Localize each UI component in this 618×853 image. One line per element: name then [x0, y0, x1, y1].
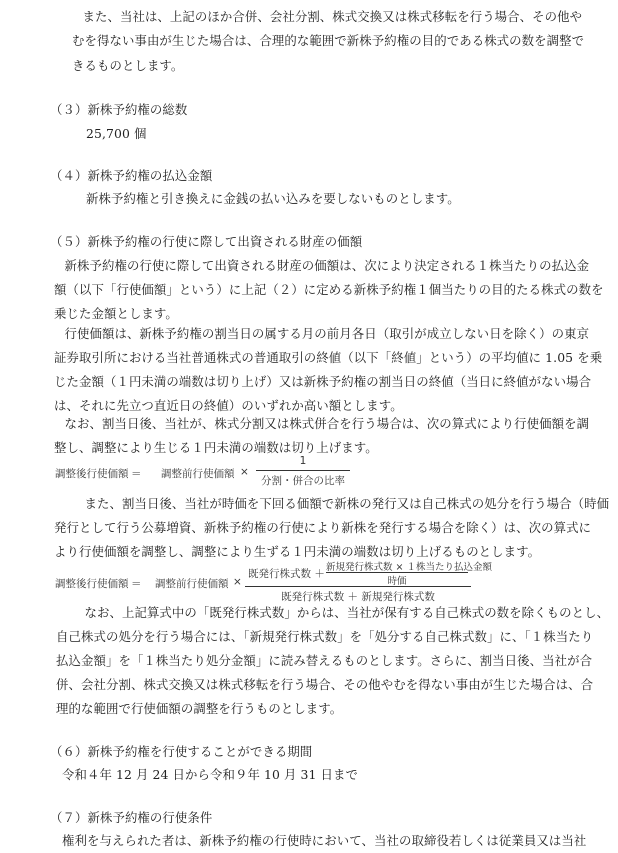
formula1-fraction-bar: [256, 470, 350, 471]
formula2-prev: 調整前行使価額: [155, 576, 229, 591]
section-6-heading: （６）新株予約権を行使することができる期間: [50, 744, 312, 760]
section-6-body: 令和４年 12 月 24 日から令和９年 10 月 31 日まで: [62, 767, 358, 783]
section-5-para2-line-2: 証券取引所における当社普通株式の普通取引の終値（以下「終値」という）の平均値に …: [54, 350, 602, 366]
section-5-para3-line-1: なお、割当日後、当社が、株式分割又は株式併合を行う場合は、次の算式により行使価額…: [52, 416, 589, 432]
section-5-para4-line-1: また、割当日後、当社が時価を下回る価額で新株の発行又は自己株式の処分を行う場合（…: [72, 496, 609, 512]
section-5-para5-line-5: 理的な範囲で行使価額の調整を行うものとします。: [56, 701, 342, 717]
section-3-heading: （３）新株予約権の総数: [50, 102, 187, 118]
section-5-para5-line-1: なお、上記算式中の「既発行株式数」からは、当社が保有する自己株式の数を除くものと…: [72, 605, 609, 621]
section-5-para2-line-4: は、それに先立つ直近日の終値）のいずれか高い額とします。: [54, 398, 403, 414]
intro-line-2: むを得ない事由が生じた場合は、合理的な範囲で新株予約権の目的である株式の数を調整…: [72, 33, 584, 49]
formula2-fraction-bar: [245, 586, 471, 587]
section-7-body: 権利を与えられた者は、新株予約権の行使時において、当社の取締役若しくは従業員又は…: [62, 833, 586, 849]
section-5-para5-line-4: 併、会社分割、株式交換又は株式移転を行う場合、その他やむを得ない事由が生じた場合…: [56, 677, 593, 693]
section-5-para1-line-3: 乗じた金額とします。: [54, 306, 178, 322]
formula1-denominator: 分割・併合の比率: [256, 473, 350, 488]
formula2-inner-denominator: 時価: [326, 573, 468, 587]
section-5-para5-line-3: 払込金額」を「１株当たり処分金額」に読み替えるものとします。さらに、割当日後、当…: [56, 653, 592, 669]
formula2-numerator-left: 既発行株式数 ＋: [248, 566, 325, 581]
section-5-para5-line-2: 自己株式の処分を行う場合には、「新規発行株式数」を「処分する自己株式数」に、「１…: [56, 629, 593, 645]
section-3-value: 25,700 個: [86, 126, 146, 142]
formula2-denominator: 既発行株式数 ＋ 新規発行株式数: [245, 589, 471, 604]
formula2-eq: ＝: [131, 576, 142, 591]
section-5-heading: （５）新株予約権の行使に際して出資される財産の価額: [50, 234, 362, 250]
section-5-para2-line-3: じた金額（１円未満の端数は切り上げ）又は新株予約権の割当日の終値（当日に終値がな…: [54, 374, 591, 390]
section-4-body: 新株予約権と引き換えに金銭の払い込みを要しないものとします。: [86, 191, 460, 207]
formula1-times: ×: [240, 466, 249, 478]
formula1-eq: ＝: [131, 466, 142, 481]
intro-line-3: きるものとします。: [72, 58, 183, 74]
formula2-times: ×: [233, 576, 242, 588]
section-5-para2-line-1: 行使価額は、新株予約権の割当日の属する月の前月各日（取引が成立しない日を除く）の…: [52, 326, 589, 342]
section-4-heading: （４）新株予約権の払込金額: [50, 168, 212, 184]
section-5-para4-line-3: より行使価額を調整し、調整により生ずる１円未満の端数は切り上げるものとします。: [54, 544, 540, 560]
section-5-para3-line-2: 整し、調整により生じる１円未満の端数は切り上げます。: [54, 440, 378, 456]
section-7-heading: （７）新株予約権の行使条件: [50, 810, 212, 826]
section-5-para1-line-2: 額（以下「行使価額」という）に上記（２）に定める新株予約権１個当たりの目的たる株…: [54, 282, 604, 298]
intro-line-1: また、当社は、上記のほか合併、会社分割、株式交換又は株式移転を行う場合、その他や: [70, 9, 582, 25]
formula2-lhs: 調整後行使価額: [55, 576, 129, 591]
formula2-inner-numerator: 新規発行株式数 × １株当たり払込金額: [326, 559, 468, 573]
formula1-prev: 調整前行使価額: [161, 466, 235, 481]
formula1-numerator: 1: [256, 455, 350, 467]
section-5-para4-line-2: 発行として行う公募増資、新株予約権の行使により新株を発行する場合を除く）は、次の…: [54, 520, 591, 536]
formula1-lhs: 調整後行使価額: [55, 466, 129, 481]
section-5-para1-line-1: 新株予約権の行使に際して出資される財産の価額は、次により決定される１株当たりの払…: [52, 258, 589, 274]
